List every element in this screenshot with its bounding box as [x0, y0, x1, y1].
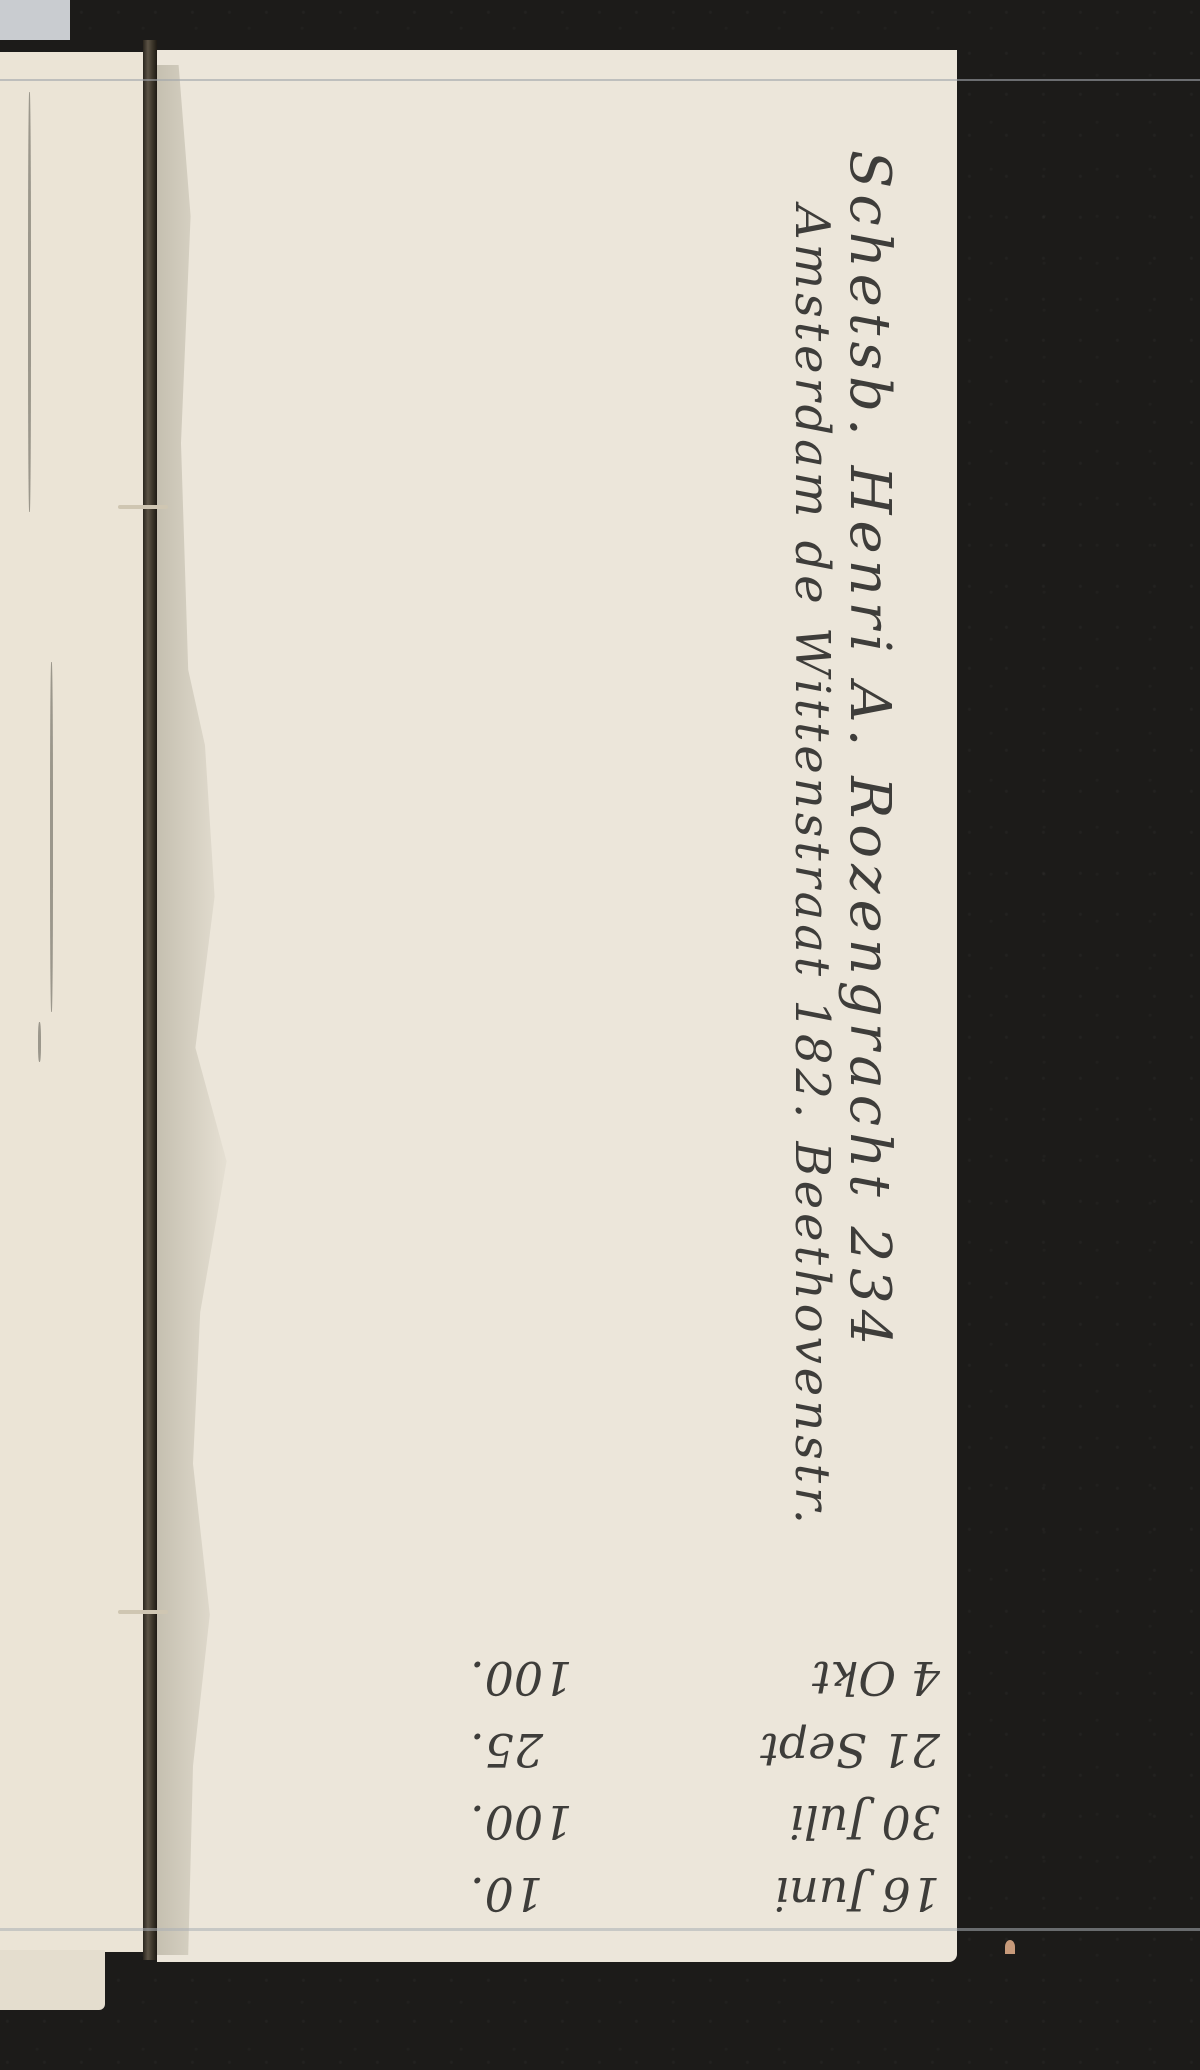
- ledger-amount: 10.: [470, 1858, 543, 1930]
- ledger-row: 21 Sept 25.: [470, 1714, 940, 1786]
- ledger-date: 4 Okt: [700, 1642, 940, 1714]
- ledger-date: 21 Sept: [700, 1714, 940, 1786]
- ruler-line-top: [0, 79, 1200, 81]
- paper-stain: [1005, 1940, 1015, 1954]
- left-page-underlayer: [0, 1950, 105, 2010]
- pencil-stroke: [38, 1022, 41, 1062]
- ledger-amount: 100.: [470, 1786, 572, 1858]
- binding-stitch: [118, 505, 168, 509]
- handwritten-line-2: Amsterdam de Wittenstraat 182. Beethoven…: [784, 205, 840, 1528]
- ledger-date: 16 Juni: [700, 1858, 940, 1930]
- ledger-row: 30 Juli 100.: [470, 1786, 940, 1858]
- ledger-amount: 100.: [470, 1642, 572, 1714]
- pencil-stroke: [28, 92, 31, 512]
- ledger-row: 4 Okt 100.: [470, 1642, 940, 1714]
- left-page: [0, 52, 144, 1952]
- pencil-stroke: [50, 662, 53, 1012]
- left-page-tab: [0, 0, 70, 40]
- ledger-notes: 16 Juni 10. 30 Juli 100. 21 Sept 25. 4 O…: [470, 1600, 940, 1930]
- book-spine: [143, 40, 157, 1960]
- ledger-amount: 25.: [470, 1714, 543, 1786]
- handwritten-line-1: Schetsb. Henri A. Rozengracht 234: [837, 150, 902, 1351]
- ledger-row: 16 Juni 10.: [470, 1858, 940, 1930]
- binding-stitch: [118, 1610, 168, 1614]
- ledger-date: 30 Juli: [700, 1786, 940, 1858]
